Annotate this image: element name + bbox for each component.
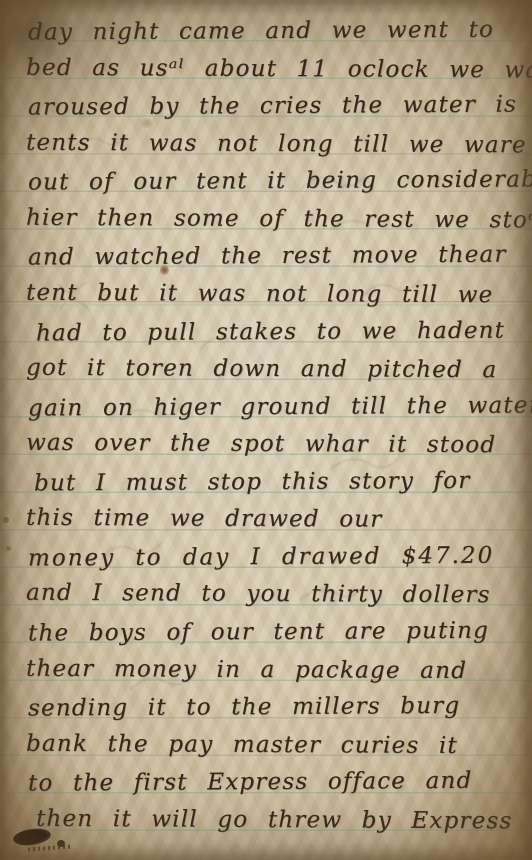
letter-line: sending it to the millers burg — [28, 688, 528, 729]
letter-line: gain on higer ground till the water — [28, 387, 528, 428]
letter-line: but I must stop this story for — [28, 462, 528, 503]
letter-line: hier then some of the rest we stoᵒᵈ — [26, 200, 526, 240]
letter-line: money to day I drawed $47.20 — [28, 537, 528, 578]
letter-line: got it toren down and pitched a — [26, 350, 526, 390]
letter-line: was over the spot whar it stood — [26, 425, 526, 465]
letter-line: tents it was not long till we ware — [26, 124, 526, 164]
letter-line: the boys of our tent are puting — [28, 612, 528, 653]
letter-line: thear money in a package and — [26, 650, 526, 690]
letter-line: bank the pay master curies it — [26, 725, 526, 765]
letter-text: day night came and we went to bed as usᵃ… — [0, 0, 532, 839]
ink-blot-trail — [28, 844, 72, 851]
letter-line: aroused by the cries the water is in our — [28, 87, 528, 128]
letter-line: and watched the rest move thear — [28, 237, 528, 278]
letter-page: day night came and we went to bed as usᵃ… — [0, 0, 532, 860]
letter-line: this time we drawed our — [26, 500, 526, 540]
letter-line: out of our tent it being considerable — [28, 162, 528, 203]
letter-line: to the first Express offace and — [28, 763, 528, 804]
letter-line: bed as usᵃˡ about 11 oclock we ware — [26, 49, 526, 89]
letter-line: day night came and we went to — [28, 11, 528, 52]
letter-line: tent but it was not long till we — [26, 275, 526, 315]
letter-line: had to pull stakes to we hadent — [28, 312, 528, 353]
letter-line: and I send to you thirty dollers — [26, 575, 526, 615]
letter-line: then it will go threw by Express — [26, 801, 526, 841]
